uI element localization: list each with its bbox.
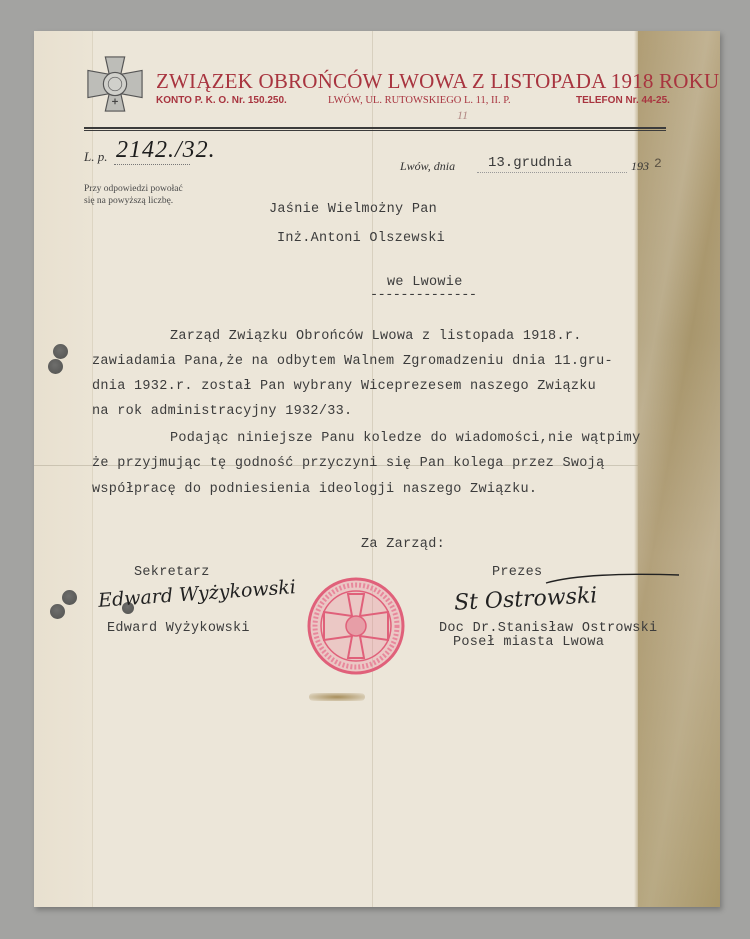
president-name: Doc Dr.Stanisław Ostrowski <box>439 621 657 636</box>
secretary-name: Edward Wyżykowski <box>107 621 250 636</box>
president-title: Prezes <box>492 565 542 580</box>
recipient-salutation: Jaśnie Wielmożny Pan <box>269 202 437 217</box>
reference-label: L. p. <box>84 149 107 165</box>
secretary-signature: Edward Wyżykowski <box>97 576 296 612</box>
letterhead-rule <box>84 127 666 131</box>
punch-hole <box>48 359 63 374</box>
organization-name: ZWIĄZEK OBROŃCÓW LWOWA Z LISTOPADA 1918 … <box>156 69 719 94</box>
punch-hole <box>50 604 65 619</box>
punch-hole <box>53 344 68 359</box>
red-seal-icon <box>306 576 406 676</box>
president-signature: St Ostrowski <box>453 583 597 615</box>
date-label: Lwów, dnia <box>400 159 455 174</box>
president-position: Poseł miasta Lwowa <box>453 635 604 650</box>
punch-hole <box>62 590 77 605</box>
body-line: na rok administracyjny 1932/33. <box>92 404 352 419</box>
signature-flourish <box>544 571 684 585</box>
body-line: że przyjmując tę godność przyczyni się P… <box>92 456 604 471</box>
tape-stain <box>638 31 720 907</box>
pencil-mark: 11 <box>457 108 468 123</box>
reference-number: 2142./32. <box>116 137 216 164</box>
body-line: Podając niniejsze Panu koledze do wiadom… <box>170 431 640 446</box>
on-behalf-label: Za Zarząd: <box>361 537 445 552</box>
reference-note-line: Przy odpowiedzi powołać <box>84 183 183 195</box>
reference-note: Przy odpowiedzi powołać się na powyższą … <box>84 183 183 207</box>
letter-paper: ZWIĄZEK OBROŃCÓW LWOWA Z LISTOPADA 1918 … <box>34 31 720 907</box>
cross-emblem-icon <box>86 55 144 113</box>
body-line: Zarząd Związku Obrońców Lwowa z listopad… <box>170 329 582 344</box>
date-year-prefix: 193 <box>631 159 649 174</box>
reference-dotted-line <box>114 164 190 165</box>
account-number: KONTO P. K. O. Nr. 150.250. <box>156 95 287 106</box>
date-year-suffix: 2 <box>654 156 662 171</box>
body-line: dnia 1932.r. został Pan wybrany Wiceprez… <box>92 379 596 394</box>
recipient-name: Inż.Antoni Olszewski <box>277 231 445 246</box>
ink-smudge <box>309 693 365 701</box>
reference-note-line: się na powyższą liczbę. <box>84 195 183 207</box>
date-dotted-line <box>477 172 627 173</box>
address: LWÓW, UL. RUTOWSKIEGO L. 11, II. P. <box>328 95 511 106</box>
secretary-title: Sekretarz <box>134 565 210 580</box>
recipient-underline: -------------- <box>370 288 476 303</box>
phone-number: TELEFON Nr. 44-25. <box>576 95 670 106</box>
date-value: 13.grudnia <box>488 155 572 171</box>
body-line: zawiadamia Pana,że na odbytem Walnem Zgr… <box>92 354 613 369</box>
body-line: współpracę do podniesienia ideologji nas… <box>92 482 537 497</box>
